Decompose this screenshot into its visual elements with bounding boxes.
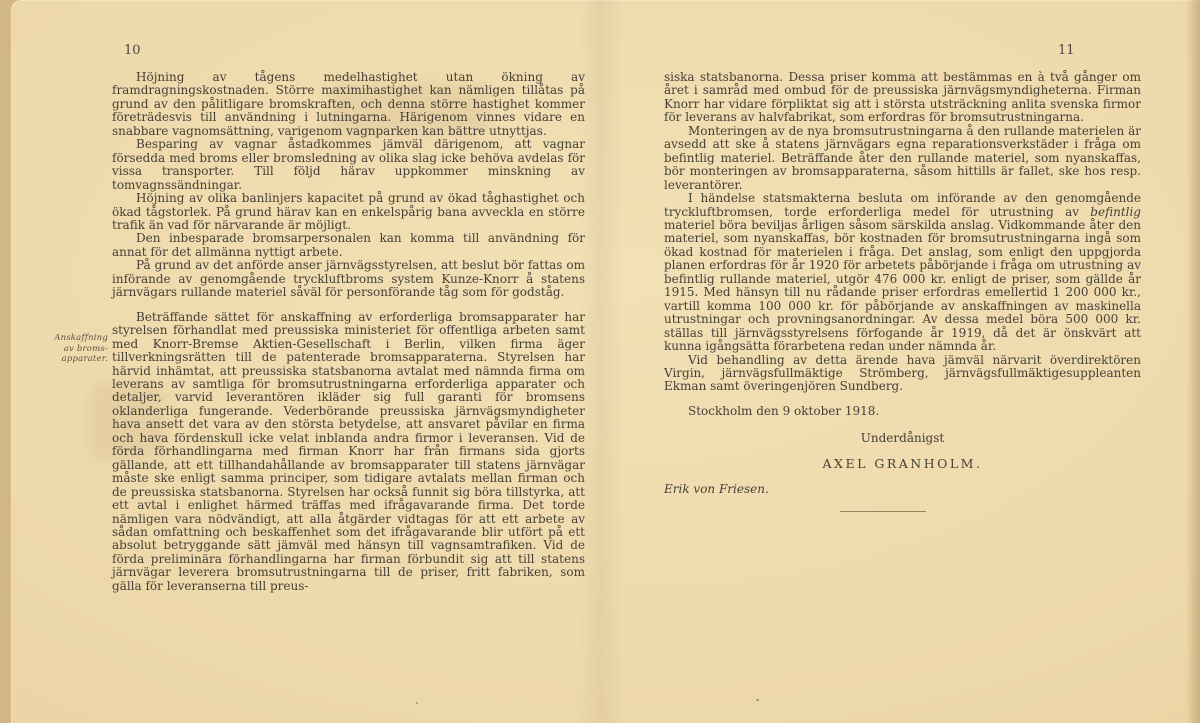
paragraph: I händelse statsmakterna besluta om infö…	[664, 192, 1141, 353]
margin-note: Anskaffning av broms- apparater.	[42, 333, 108, 365]
paragraph: Höjning av olika banlinjers kapacitet på…	[112, 192, 585, 232]
dateline: Stockholm den 9 oktober 1918.	[664, 405, 1141, 418]
margin-note-line: apparater.	[42, 354, 108, 365]
margin-note-line: Anskaffning	[42, 333, 108, 344]
paragraph-segment: materiel böra beviljas årligen såsom sär…	[664, 218, 1141, 353]
margin-note-line: av broms-	[42, 344, 108, 355]
page-edge-right	[1186, 0, 1200, 723]
paragraph: Höjning av tågens medelhastighet utan ök…	[112, 71, 585, 138]
paragraph-segment: I händelse statsmakterna besluta om infö…	[664, 191, 1141, 218]
countersignature-name: Erik von Friesen.	[664, 482, 1141, 496]
right-page-text-column: siska statsbanorna. Dessa priser komma a…	[664, 71, 1141, 512]
page-number-left: 10	[124, 43, 141, 58]
paragraph: Den inbesparade bromsarpersonalen kan ko…	[112, 232, 585, 259]
emphasized-word: befintlig	[1090, 205, 1141, 219]
paragraph: På grund av det anförde anser järnvägsst…	[112, 259, 585, 299]
paper-speck	[756, 699, 759, 701]
closing-salutation: Underdånigst	[664, 431, 1141, 445]
paragraph: Beträffande sättet för anskaffning av er…	[112, 311, 585, 594]
paragraph: siska statsbanorna. Dessa priser komma a…	[664, 71, 1141, 125]
paragraph: Vid behandling av detta ärende hava jämv…	[664, 354, 1141, 394]
signature-name: AXEL GRANHOLM.	[664, 456, 1141, 471]
paragraph: Besparing av vagnar åstadkommes jämväl d…	[112, 138, 585, 192]
section-end-rule	[840, 511, 926, 512]
left-page-text-column: Höjning av tågens medelhastighet utan ök…	[112, 71, 585, 593]
paragraph: Monteringen av de nya bromsutrustningarn…	[664, 125, 1141, 192]
paper-speck	[416, 702, 418, 704]
page-number-right: 11	[1058, 43, 1075, 58]
